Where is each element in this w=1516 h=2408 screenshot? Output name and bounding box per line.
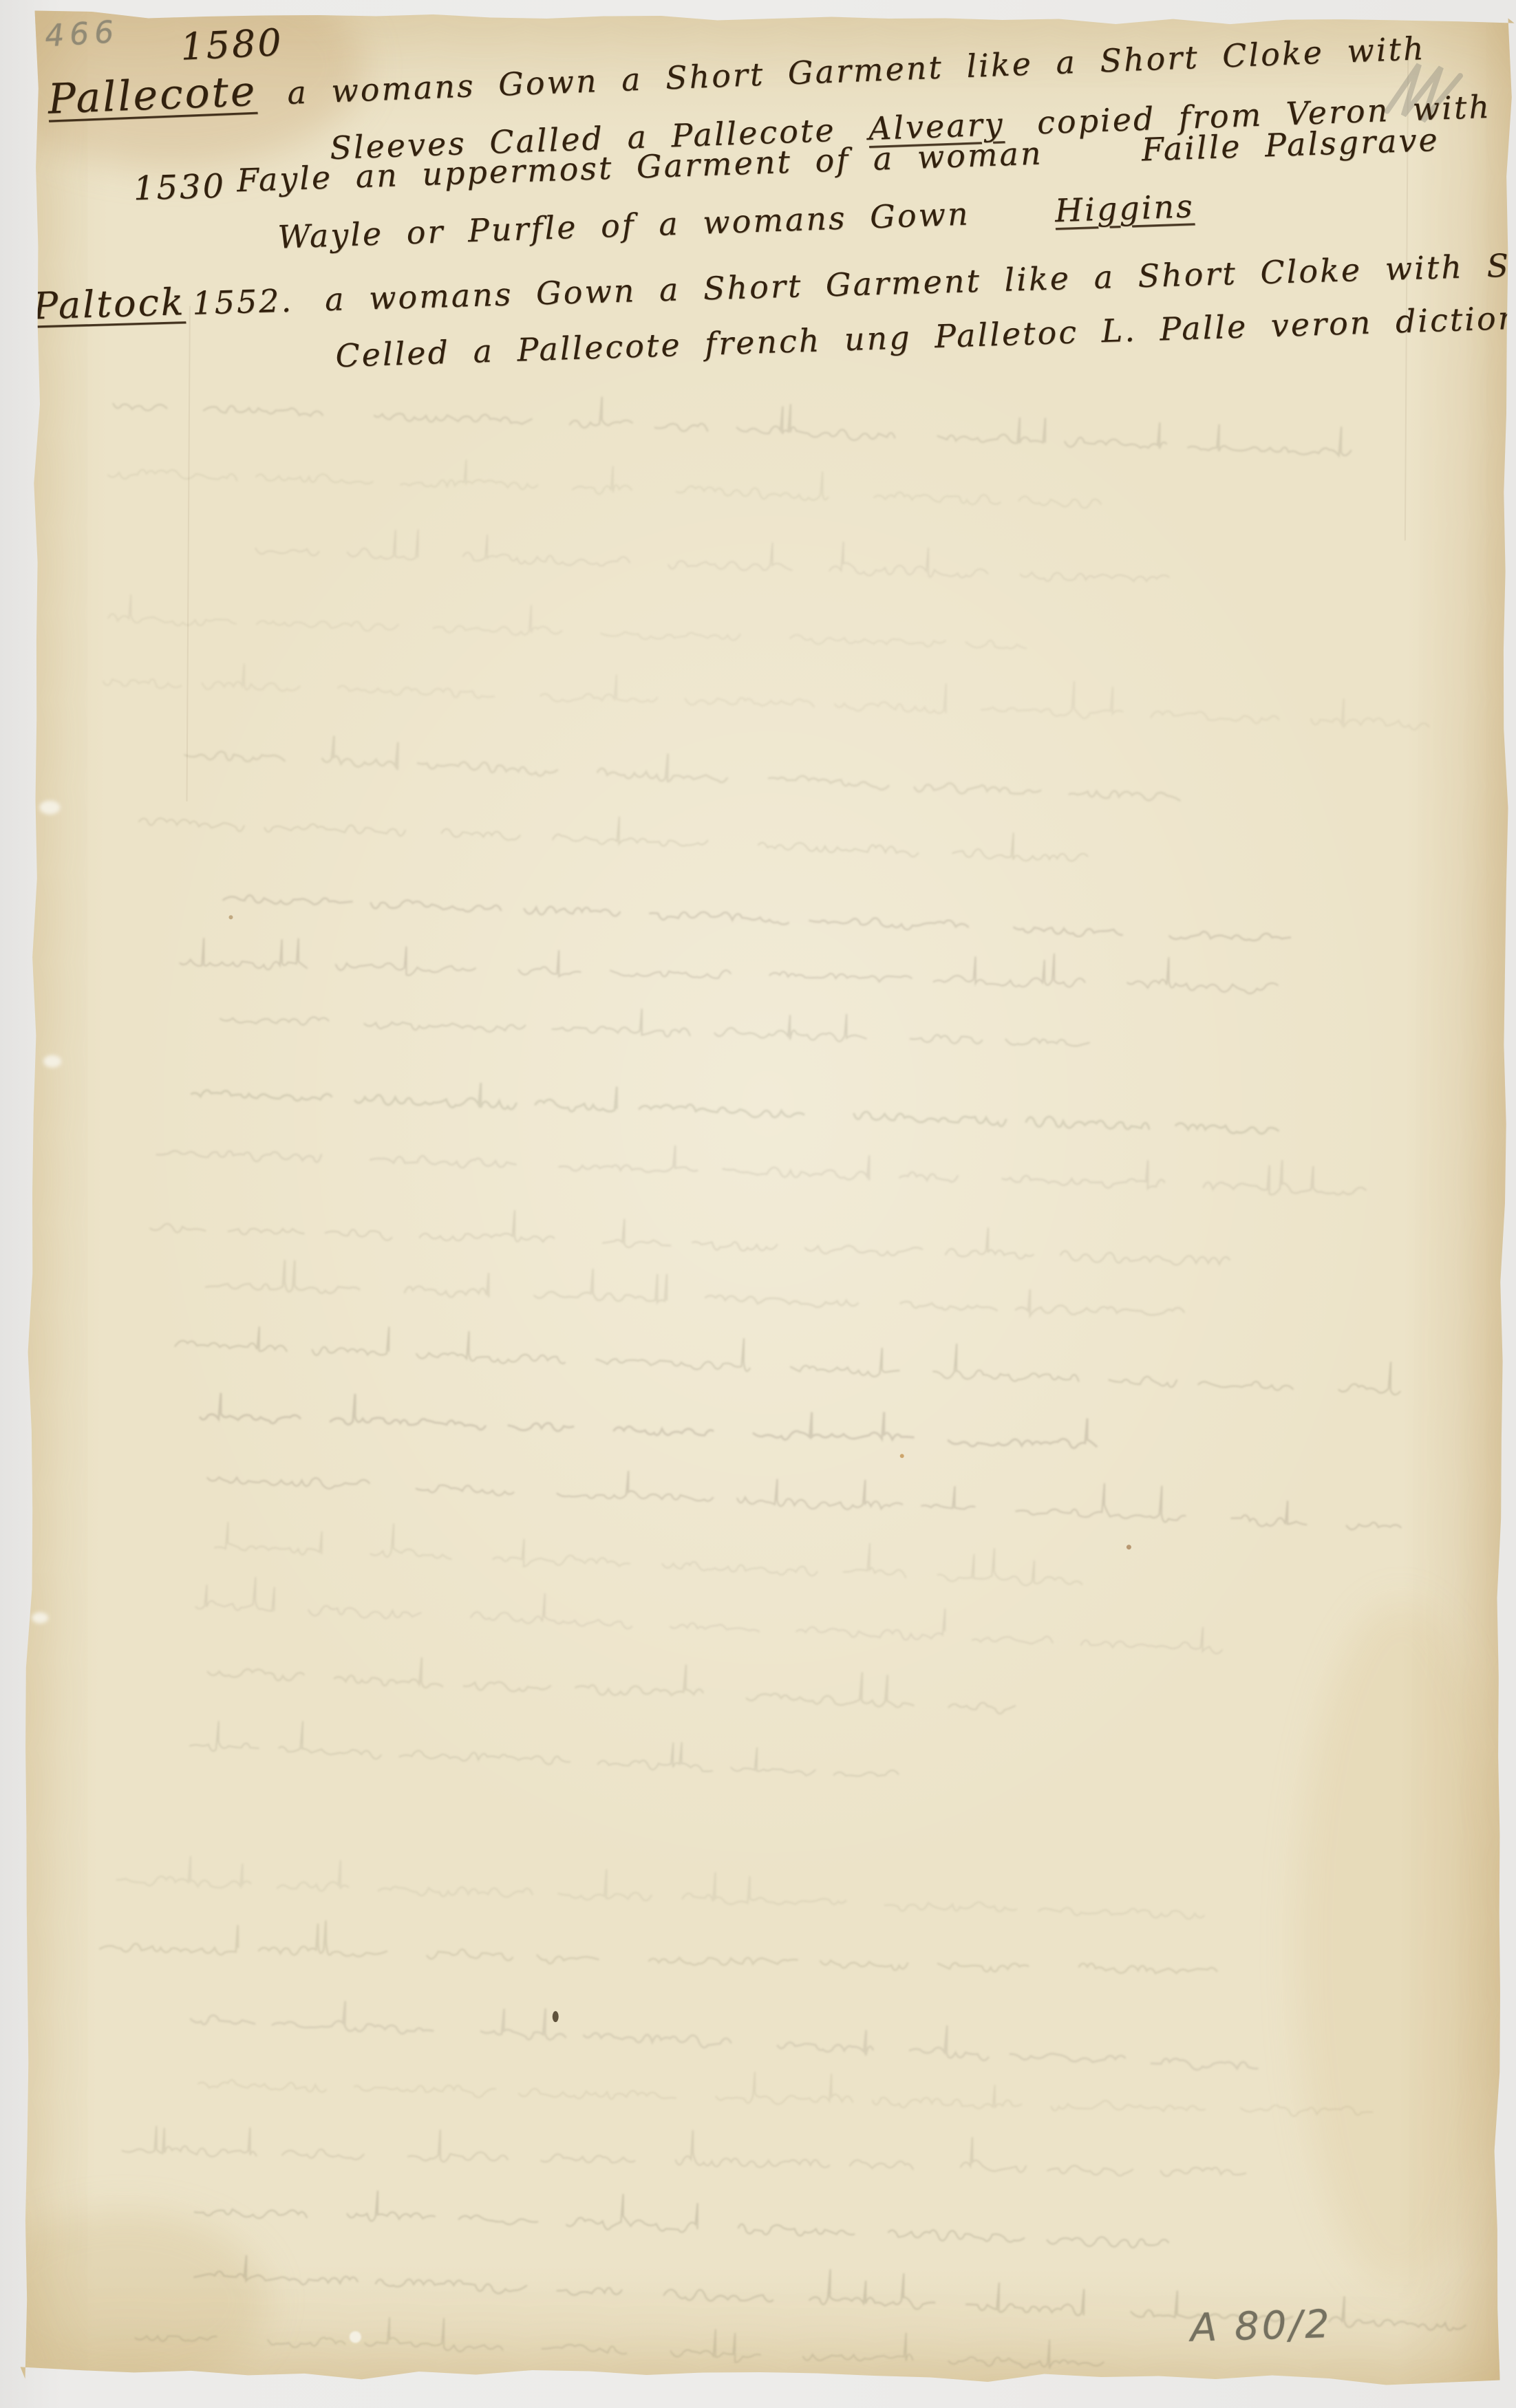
entry-headword-pallecote: Pallecote (47, 67, 257, 124)
ink-speck (1127, 1545, 1131, 1549)
paper-fleck (39, 801, 60, 815)
entry-source-higgins: Higgins (1054, 187, 1195, 229)
entry-year-1552: 1552. (192, 282, 294, 322)
ink-speck (228, 915, 233, 919)
entry-headword-paltock: Paltock (32, 280, 186, 327)
paper-fleck (32, 1612, 48, 1623)
ink-speck (553, 2011, 559, 2022)
manuscript-page: 466 1580 Pallecotea womans Gown a Short … (21, 9, 1515, 2387)
bleedthrough-writing-layer (21, 9, 1515, 2387)
entry-year-1530: 1530 (133, 166, 226, 208)
ink-speck (900, 1454, 904, 1458)
year-annotation-1580: 1580 (180, 21, 284, 69)
scan-background: 466 1580 Pallecotea womans Gown a Short … (0, 0, 1516, 2408)
paper-chip (350, 2331, 361, 2343)
paper-fleck (43, 1055, 61, 1068)
shelfmark-pencil: A 80/2 (1190, 2302, 1333, 2351)
folio-number-pencil: 466 (44, 14, 120, 54)
